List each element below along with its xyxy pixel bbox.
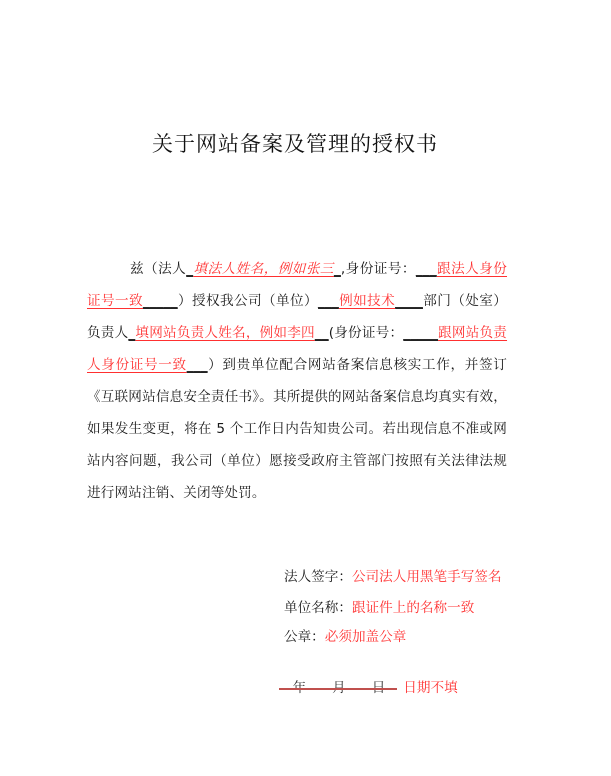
department-hint[interactable]: 例如技术 [339,293,395,309]
date-row: 年 月 日日期不填 [284,658,458,698]
legal-signature-hint[interactable]: 公司法人用黑笔手写签名 [352,569,502,585]
date-struck-text: 年 月 日 [293,678,386,698]
owner-id-label-text: (身份证号： [329,325,404,341]
intro-text: 兹（法人 [130,261,186,277]
seal-row: 公章：必须加盖公章 [284,627,406,647]
blank-underline: ___ [416,261,437,277]
blank-underline: _____ [143,293,178,309]
site-owner-name-hint[interactable]: 填网站负责人姓名，例如李四 [135,325,314,341]
seal-label: 公章： [284,629,325,645]
seal-hint[interactable]: 必须加盖公章 [325,629,407,645]
blank-underline: _ [334,261,341,277]
paragraph-rest-text: ）到贵单位配合网站备案信息核实工作，并签订《互联网站信息安全责任书》。其所提供的… [87,357,507,501]
authorize-text: ）授权我公司（单位） [178,293,318,309]
blank-underline: ____ [395,293,423,309]
authorization-paragraph: 兹（法人_填法人姓名，例如张三_,身份证号：___跟法人身份证号一致_____）… [87,253,507,509]
legal-signature-row: 法人签字：公司法人用黑笔手写签名 [284,567,502,587]
legal-person-name-hint[interactable]: 填法人姓名，例如张三 [193,261,334,277]
unit-name-label: 单位名称： [284,600,352,616]
unit-name-hint[interactable]: 跟证件上的名称一致 [352,600,474,616]
date-hint: 日期不填 [403,680,457,696]
legal-signature-label: 法人签字： [284,569,352,585]
blank-underline: _____ [403,325,438,341]
blank-underline: ___ [187,357,208,373]
blank-underline: __ [315,325,329,341]
blank-underline: ___ [318,293,339,309]
document-title: 关于网站备案及管理的授权书 [0,128,590,158]
unit-name-row: 单位名称：跟证件上的名称一致 [284,598,474,618]
id-label-text: ,身份证号： [341,261,416,277]
